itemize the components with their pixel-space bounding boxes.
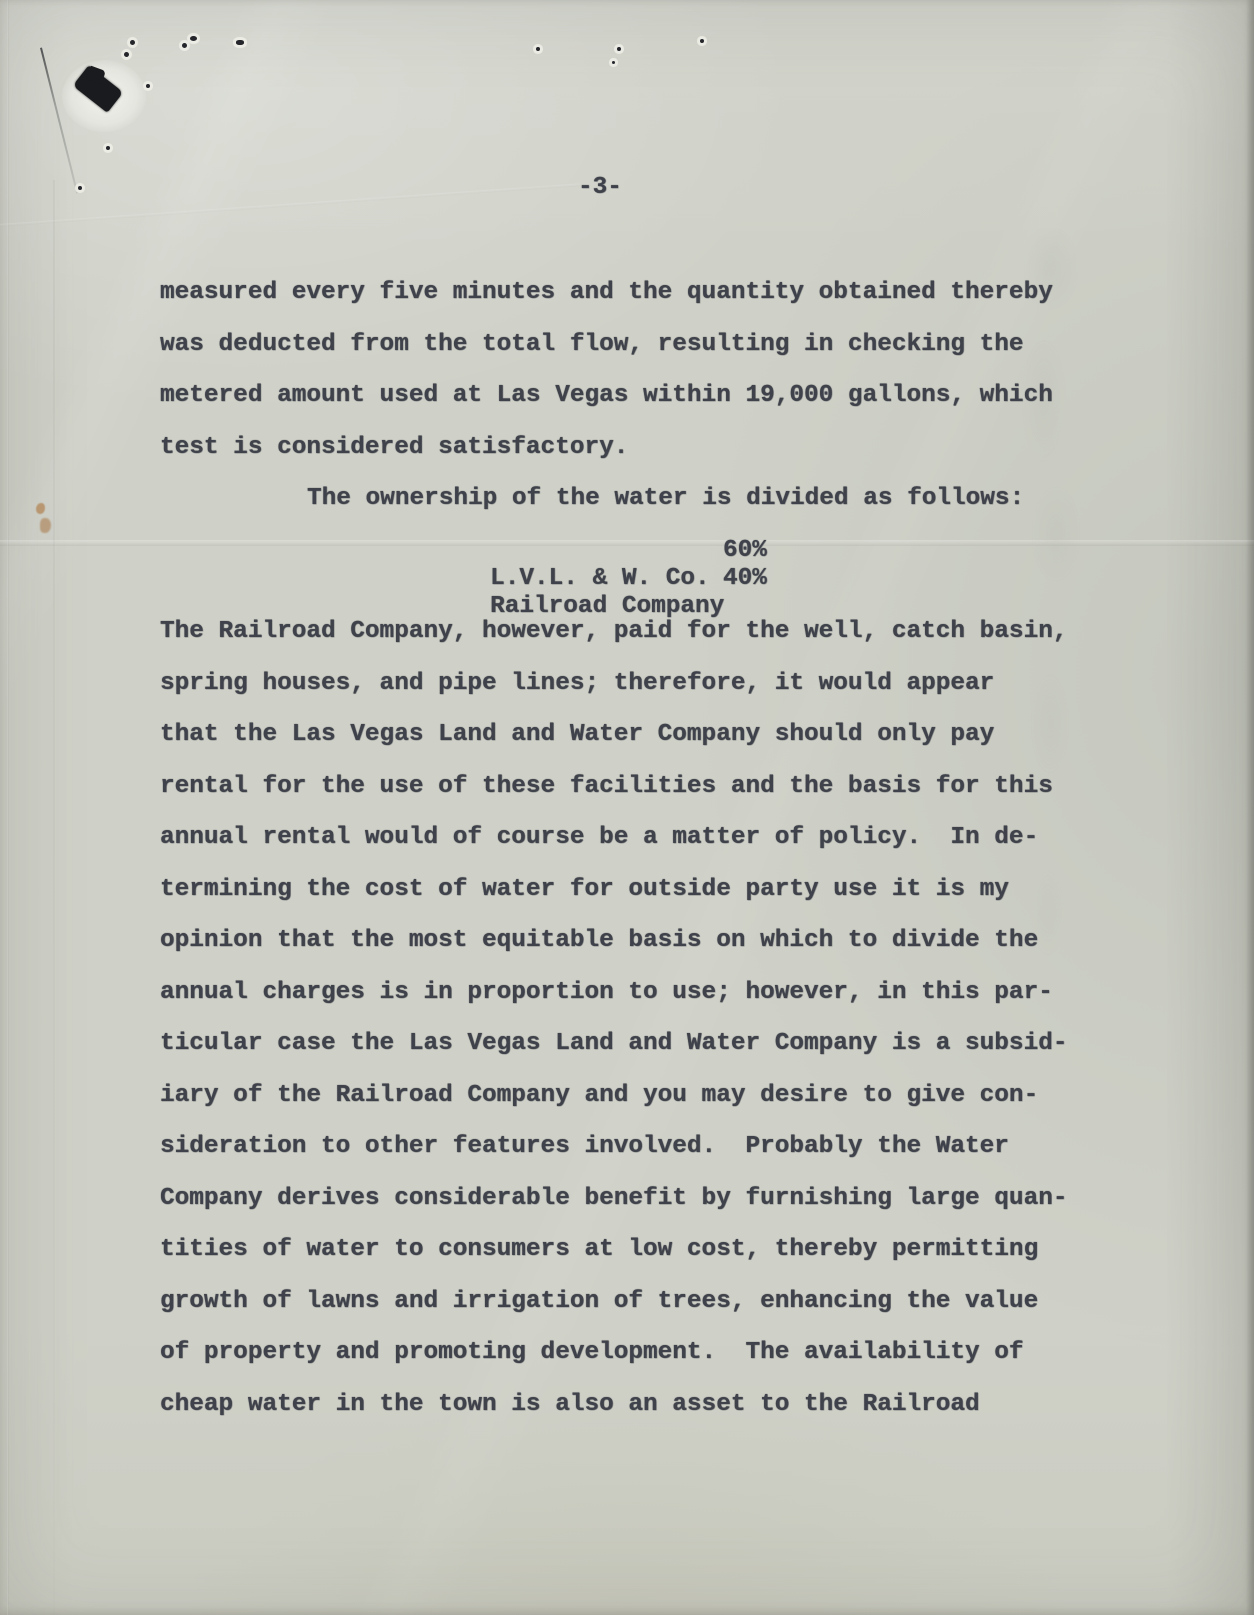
ownership-intro-line: The ownership of the water is divided as… bbox=[160, 473, 1100, 525]
text-line: ticular case the Las Vegas Land and Wate… bbox=[160, 1018, 1100, 1070]
ownership-table: L.V.L. & W. Co. 60% Railroad Company 40% bbox=[160, 537, 1100, 593]
paragraph-2: The Railroad Company, however, paid for … bbox=[160, 606, 1100, 1430]
text-line: annual rental would of course be a matte… bbox=[160, 812, 1100, 864]
pinhole-speck bbox=[106, 146, 110, 150]
owner-share: 60% bbox=[723, 537, 767, 565]
vertical-crease bbox=[7, 0, 9, 1615]
scan-edge-shadow bbox=[1246, 0, 1254, 1615]
pinhole-speck bbox=[700, 39, 704, 43]
text-line: metered amount used at Las Vegas within … bbox=[160, 370, 1100, 422]
pinhole-speck bbox=[617, 47, 621, 51]
pinhole-speck bbox=[146, 84, 150, 88]
staple-tear-mark bbox=[73, 65, 124, 113]
vertical-crease bbox=[53, 180, 55, 1615]
text-line: annual charges is in proportion to use; … bbox=[160, 967, 1100, 1019]
pinhole-speck bbox=[130, 40, 135, 45]
text-line: sideration to other features involved. P… bbox=[160, 1121, 1100, 1173]
pinhole-speck bbox=[124, 52, 129, 57]
pinhole-speck bbox=[612, 61, 615, 64]
rust-stain bbox=[40, 518, 51, 533]
table-row: Railroad Company 40% bbox=[160, 565, 1100, 593]
document-body: measured every five minutes and the quan… bbox=[160, 267, 1100, 1430]
text-line: opinion that the most equitable basis on… bbox=[160, 915, 1100, 967]
text-line: iary of the Railroad Company and you may… bbox=[160, 1070, 1100, 1122]
text-line: spring houses, and pipe lines; therefore… bbox=[160, 658, 1100, 710]
rust-stain bbox=[36, 503, 45, 514]
owner-share: 40% bbox=[723, 565, 767, 593]
text-line: cheap water in the town is also an asset… bbox=[160, 1379, 1100, 1431]
owner-name: Railroad Company bbox=[277, 593, 724, 620]
text-line: that the Las Vegas Land and Water Compan… bbox=[160, 709, 1100, 761]
text-line: was deducted from the total flow, result… bbox=[160, 319, 1100, 371]
pinhole-speck bbox=[78, 186, 82, 190]
text-line: growth of lawns and irrigation of trees,… bbox=[160, 1276, 1100, 1328]
text-line: tities of water to consumers at low cost… bbox=[160, 1224, 1100, 1276]
staple-tear-halo bbox=[62, 60, 146, 132]
page-number: -3- bbox=[160, 162, 1040, 213]
text-line: measured every five minutes and the quan… bbox=[160, 267, 1100, 319]
pinhole-speck bbox=[182, 43, 187, 48]
document-page: -3- measured every five minutes and the … bbox=[0, 0, 1254, 1615]
text-line: of property and promoting development. T… bbox=[160, 1327, 1100, 1379]
text-line: rental for the use of these facilities a… bbox=[160, 761, 1100, 813]
text-line: Company derives considerable benefit by … bbox=[160, 1173, 1100, 1225]
pinhole-speck bbox=[236, 40, 244, 45]
text-line: test is considered satisfactory. bbox=[160, 422, 1100, 474]
pinhole-speck bbox=[536, 47, 540, 51]
staple-tear-fragment bbox=[86, 66, 106, 85]
paragraph-1: measured every five minutes and the quan… bbox=[160, 267, 1100, 473]
table-row: L.V.L. & W. Co. 60% bbox=[160, 537, 1100, 565]
pinhole-speck bbox=[190, 36, 197, 41]
text-line: termining the cost of water for outside … bbox=[160, 864, 1100, 916]
scratch-line bbox=[40, 48, 78, 194]
